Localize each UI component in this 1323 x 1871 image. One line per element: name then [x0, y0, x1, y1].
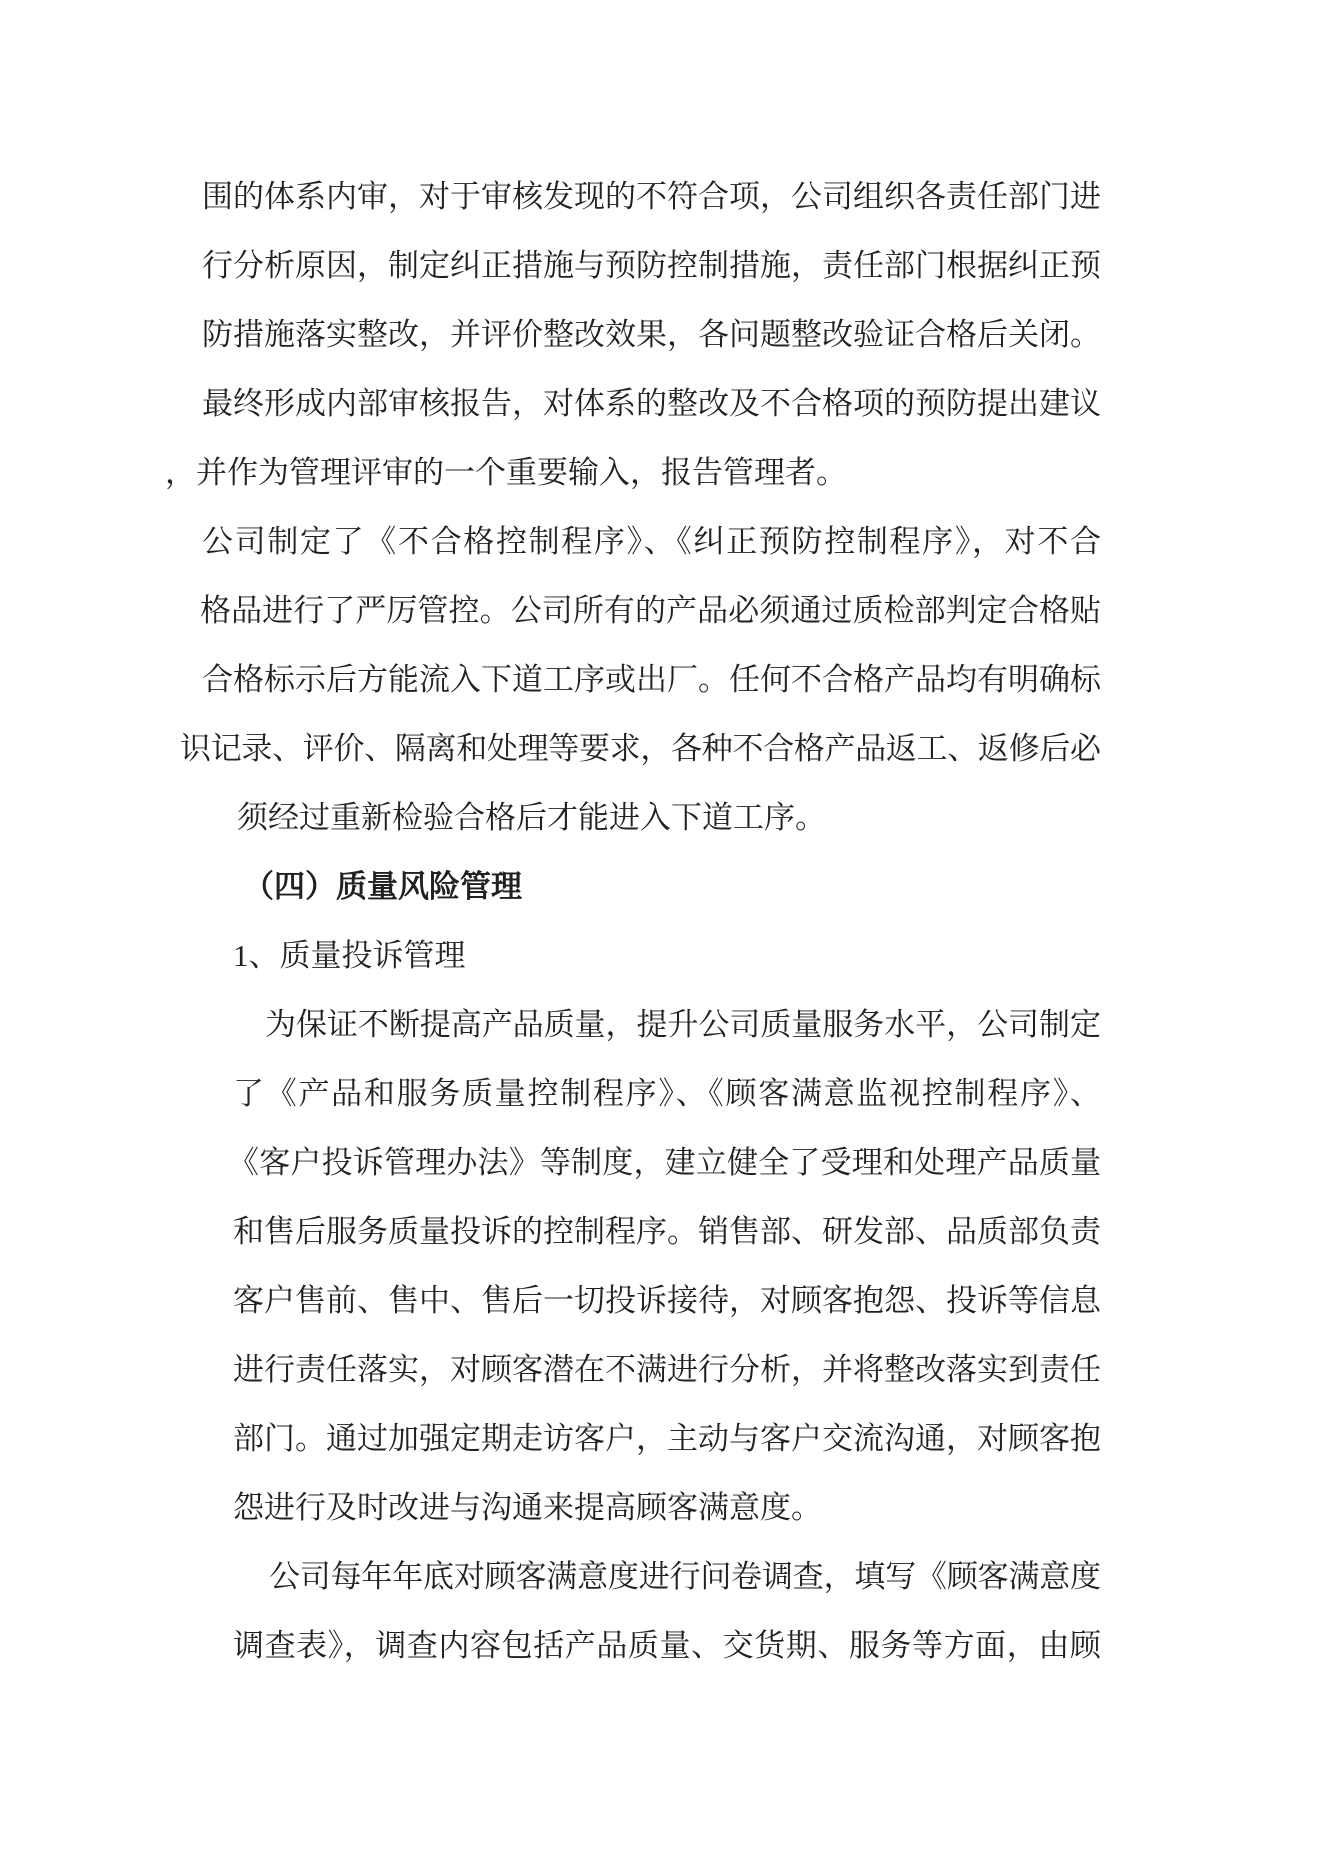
text-line-content: 了《产品和服务质量控制程序》、《顾客满意监视控制程序》、 — [233, 1076, 1103, 1111]
text-line-content: ，并作为管理评审的一个重要输入，报告管理者。 — [165, 455, 847, 490]
text-line-content: 最终形成内部审核报告，对体系的整改及不合格项的预防提出建议 — [202, 386, 1101, 421]
text-line: 部门。通过加强定期走访客户，主动与客户交流沟通，对顾客抱 — [233, 1404, 1323, 1473]
text-line-content: 围的体系内审，对于审核发现的不符合项，公司组织各责任部门进 — [202, 179, 1101, 214]
text-line: 识记录、评价、隔离和处理等要求，各种不合格产品返工、返修后必 — [180, 714, 1323, 783]
section-heading-line: （四）质量风险管理 — [243, 852, 1323, 921]
text-line: ，并作为管理评审的一个重要输入，报告管理者。 — [165, 438, 1323, 507]
text-line: 公司每年年底对顾客满意度进行问卷调查，填写《顾客满意度 — [269, 1542, 1323, 1611]
text-line-content: 合格标示后方能流入下道工序或出厂。任何不合格产品均有明确标 — [202, 662, 1101, 697]
text-line: 调查表》，调查内容包括产品质量、交货期、服务等方面，由顾 — [233, 1611, 1323, 1680]
document-page: 围的体系内审，对于审核发现的不符合项，公司组织各责任部门进行分析原因，制定纠正措… — [0, 0, 1323, 1871]
text-line-content: 公司制定了《不合格控制程序》、《纠正预防控制程序》，对不合 — [202, 524, 1103, 559]
text-line-content: （四）质量风险管理 — [243, 869, 522, 904]
text-line-content: 客户售前、售中、售后一切投诉接待，对顾客抱怨、投诉等信息 — [233, 1283, 1101, 1318]
text-line: 和售后服务质量投诉的控制程序。销售部、研发部、品质部负责 — [233, 1197, 1323, 1266]
text-line: 了《产品和服务质量控制程序》、《顾客满意监视控制程序》、 — [233, 1059, 1323, 1128]
text-line: 怨进行及时改进与沟通来提高顾客满意度。 — [233, 1473, 1323, 1542]
text-line: 格品进行了严厉管控。公司所有的产品必须通过质检部判定合格贴 — [200, 576, 1323, 645]
text-line-content: 《客户投诉管理办法》等制度，建立健全了受理和处理产品质量 — [228, 1145, 1101, 1180]
text-line: 须经过重新检验合格后才能进入下道工序。 — [237, 783, 1323, 852]
text-line: 进行责任落实，对顾客潜在不满进行分析，并将整改落实到责任 — [233, 1335, 1323, 1404]
text-line: 合格标示后方能流入下道工序或出厂。任何不合格产品均有明确标 — [202, 645, 1323, 714]
text-line: 围的体系内审，对于审核发现的不符合项，公司组织各责任部门进 — [202, 162, 1323, 231]
text-line-content: 格品进行了严厉管控。公司所有的产品必须通过质检部判定合格贴 — [200, 593, 1101, 628]
text-line-content: 调查表》，调查内容包括产品质量、交货期、服务等方面，由顾 — [233, 1628, 1101, 1663]
text-line-content: 公司每年年底对顾客满意度进行问卷调查，填写《顾客满意度 — [269, 1559, 1101, 1594]
text-line-content: 和售后服务质量投诉的控制程序。销售部、研发部、品质部负责 — [233, 1214, 1101, 1249]
text-line-content: 识记录、评价、隔离和处理等要求，各种不合格产品返工、返修后必 — [180, 731, 1101, 766]
text-line-content: 进行责任落实，对顾客潜在不满进行分析，并将整改落实到责任 — [233, 1352, 1101, 1387]
text-line: 《客户投诉管理办法》等制度，建立健全了受理和处理产品质量 — [228, 1128, 1323, 1197]
text-line-content: 部门。通过加强定期走访客户，主动与客户交流沟通，对顾客抱 — [233, 1421, 1101, 1456]
text-line: 最终形成内部审核报告，对体系的整改及不合格项的预防提出建议 — [202, 369, 1323, 438]
text-line-content: 须经过重新检验合格后才能进入下道工序。 — [237, 800, 826, 835]
text-line-content: 1、质量投诉管理 — [233, 938, 466, 973]
text-line: 公司制定了《不合格控制程序》、《纠正预防控制程序》，对不合 — [202, 507, 1323, 576]
text-line-content: 防措施落实整改，并评价整改效果，各问题整改验证合格后关闭。 — [202, 317, 1101, 352]
text-line: 客户售前、售中、售后一切投诉接待，对顾客抱怨、投诉等信息 — [233, 1266, 1323, 1335]
text-line: 防措施落实整改，并评价整改效果，各问题整改验证合格后关闭。 — [202, 300, 1323, 369]
text-line-content: 为保证不断提高产品质量，提升公司质量服务水平，公司制定 — [265, 1007, 1101, 1042]
text-line: 为保证不断提高产品质量，提升公司质量服务水平，公司制定 — [265, 990, 1323, 1059]
text-line-content: 行分析原因，制定纠正措施与预防控制措施，责任部门根据纠正预 — [202, 248, 1101, 283]
text-line-content: 怨进行及时改进与沟通来提高顾客满意度。 — [233, 1490, 822, 1525]
subsection-heading-line: 1、质量投诉管理 — [233, 921, 1323, 990]
text-line: 行分析原因，制定纠正措施与预防控制措施，责任部门根据纠正预 — [202, 231, 1323, 300]
